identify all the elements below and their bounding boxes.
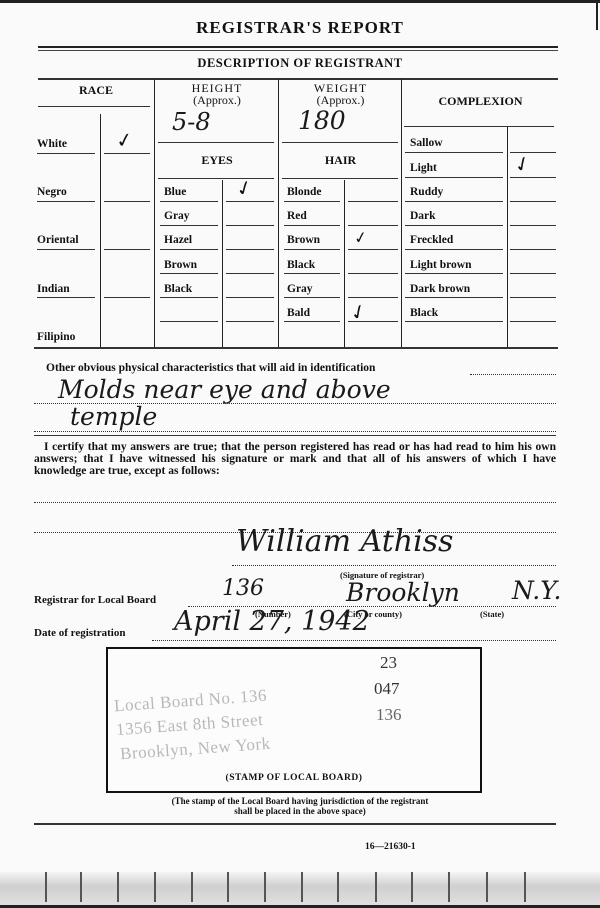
strip-tick (117, 872, 119, 902)
complexion-option-ruddy: Ruddy (410, 186, 443, 198)
eyes-row-rule (160, 201, 218, 202)
certification-text: I certify that my answers are true; that… (34, 441, 556, 477)
hair-option-bald: Bald (287, 307, 310, 319)
complexion-option-light-brown: Light brown (410, 259, 471, 271)
local-board-state: N.Y. (512, 576, 561, 605)
strip-tick (80, 872, 82, 902)
hair-brown-check[interactable]: ✓ (352, 227, 369, 249)
hair-check-rule (348, 201, 398, 202)
complexion-check-rule (510, 249, 556, 250)
stamp-instruction-note: (The stamp of the Local Board having jur… (0, 796, 600, 816)
col-divider-weight (401, 79, 402, 347)
document-subtitle: DESCRIPTION OF REGISTRANT (0, 56, 600, 71)
registration-date-dotted-line (152, 640, 556, 641)
complexion-row-rule (405, 273, 503, 274)
hair-header: HAIR (280, 154, 401, 167)
section-divider (34, 435, 556, 436)
complexion-light-check[interactable]: ✓ (511, 151, 535, 176)
eyes-header-rule (158, 178, 274, 179)
local-board-number: 136 (222, 576, 264, 601)
strip-tick (264, 872, 266, 902)
eyes-row-rule (160, 225, 218, 226)
race-row-rule (37, 249, 95, 250)
eyes-check-rule (226, 249, 274, 250)
local-board-label: Registrar for Local Board (34, 594, 156, 606)
complexion-row-rule (405, 201, 503, 202)
hair-option-gray: Gray (287, 283, 313, 295)
race-check-rule (104, 201, 150, 202)
strip-tick (375, 872, 377, 902)
local-board-city: Brooklyn (346, 578, 460, 607)
table-top-rule (38, 78, 558, 80)
complexion-row-rule (405, 225, 503, 226)
strip-tick (154, 872, 156, 902)
strip-tick (45, 872, 47, 902)
strip-tick (337, 872, 339, 902)
characteristics-line2: temple (70, 402, 157, 431)
scan-bottom-strip (0, 872, 600, 908)
characteristics-dotted-line (34, 431, 556, 432)
race-option-indian: Indian (37, 283, 70, 295)
complexion-row-rule (405, 297, 503, 298)
race-option-oriental: Oriental (37, 234, 79, 246)
hair-row-rule (284, 297, 340, 298)
complexion-option-dark-brown: Dark brown (410, 283, 470, 295)
hair-row-rule (284, 249, 340, 250)
race-row-rule (37, 201, 95, 202)
form-number: 16—21630-1 (365, 842, 416, 852)
eyes-check-rule (226, 297, 274, 298)
title-double-rule (38, 46, 558, 51)
col-divider-height (278, 79, 279, 347)
hair-check-rule (348, 321, 398, 322)
height-approx: (Approx.) (156, 94, 278, 107)
race-white-check[interactable]: ✓ (114, 129, 134, 152)
eyes-check-rule (226, 321, 274, 322)
race-option-filipino: Filipino (37, 331, 75, 343)
complexion-check-rule (510, 201, 556, 202)
col-divider-race (154, 79, 155, 347)
complexion-option-black: Black (410, 307, 438, 319)
footer-rule (34, 823, 556, 825)
race-option-negro: Negro (37, 186, 67, 198)
complexion-check-rule (510, 321, 556, 322)
scan-top-edge (0, 0, 600, 3)
col-divider-complexion-check (507, 127, 508, 347)
strip-tick (191, 872, 193, 902)
registration-date-label: Date of registration (34, 627, 125, 639)
eyes-check-rule (226, 273, 274, 274)
strip-tick (486, 872, 488, 902)
hair-row-rule (284, 321, 340, 322)
complexion-option-sallow: Sallow (410, 137, 443, 149)
hair-check-rule (348, 225, 398, 226)
complexion-check-rule (510, 297, 556, 298)
hair-row-rule (284, 225, 340, 226)
characteristics-label: Other obvious physical characteristics t… (46, 362, 375, 374)
eyes-option-black: Black (164, 283, 192, 295)
race-row-rule (37, 297, 95, 298)
note-line-2: shall be placed in the above space) (0, 806, 600, 816)
hair-row-rule (284, 201, 340, 202)
complexion-row-rule (405, 321, 503, 322)
strip-tick (411, 872, 413, 902)
eyes-option-brown: Brown (164, 259, 197, 271)
height-value-rule (158, 142, 274, 143)
eyes-check-rule (226, 225, 274, 226)
eyes-row-rule (160, 321, 218, 322)
race-header-rule (38, 106, 150, 107)
strip-tick (227, 872, 229, 902)
local-board-stamp-box: Local Board No. 136 1356 East 8th Street… (106, 647, 482, 793)
hair-option-blonde: Blonde (287, 186, 322, 198)
complexion-row-rule (405, 152, 503, 153)
race-option-white: White (37, 138, 67, 150)
characteristics-line1: Molds near eye and above (58, 375, 391, 404)
race-check-rule (104, 297, 150, 298)
stamp-caption: (STAMP OF LOCAL BOARD) (108, 773, 480, 783)
complexion-option-freckled: Freckled (410, 234, 453, 246)
complexion-check-rule (510, 273, 556, 274)
complexion-row-rule (405, 249, 503, 250)
eyes-option-gray: Gray (164, 210, 190, 222)
race-check-rule (104, 249, 150, 250)
race-check-rule (104, 153, 150, 154)
eyes-check-rule (226, 201, 274, 202)
eyes-row-rule (160, 297, 218, 298)
col-divider-race-check (100, 114, 101, 347)
hair-check-rule (348, 297, 398, 298)
complexion-header-rule (404, 126, 554, 127)
strip-tick (301, 872, 303, 902)
eyes-option-hazel: Hazel (164, 234, 192, 246)
complexion-option-light: Light (410, 162, 437, 174)
strip-tick (524, 872, 526, 902)
state-caption: (State) (480, 609, 504, 619)
col-divider-hair-check (344, 180, 345, 347)
col-divider-eyes-check (222, 180, 223, 347)
characteristics-leader-dots (470, 374, 556, 375)
signature-dotted-line (232, 565, 556, 566)
registration-date-value: April 27, 1942 (174, 606, 370, 637)
complexion-header: COMPLEXION (403, 95, 558, 108)
stamp-number-2: 047 (374, 679, 400, 699)
race-header: RACE (38, 84, 154, 97)
hair-option-brown: Brown (287, 234, 320, 246)
hair-row-rule (284, 273, 340, 274)
hair-check-rule (348, 273, 398, 274)
eyes-row-rule (160, 249, 218, 250)
hair-option-black: Black (287, 259, 315, 271)
weight-value-rule (282, 142, 398, 143)
complexion-row-rule (405, 177, 503, 178)
document-title: REGISTRAR'S REPORT (0, 18, 600, 38)
complexion-check-rule (510, 225, 556, 226)
height-value: 5-8 (172, 108, 211, 136)
table-bottom-rule (34, 347, 558, 349)
exceptions-dotted-line (34, 502, 556, 503)
strip-tick (448, 872, 450, 902)
note-line-1: (The stamp of the Local Board having jur… (0, 796, 600, 806)
race-row-rule (37, 153, 95, 154)
registrar-report-page: REGISTRAR'S REPORT DESCRIPTION OF REGIST… (0, 0, 600, 908)
weight-value: 180 (298, 106, 346, 135)
complexion-check-rule (510, 177, 556, 178)
hair-header-rule (282, 178, 398, 179)
eyes-row-rule (160, 273, 218, 274)
complexion-option-dark: Dark (410, 210, 436, 222)
eyes-header: EYES (156, 154, 278, 167)
eyes-blue-check[interactable]: ✓ (233, 176, 256, 201)
hair-check-rule (348, 249, 398, 250)
stamp-number-3: 136 (376, 705, 402, 725)
stamp-number-1: 23 (380, 653, 397, 673)
hair-option-red: Red (287, 210, 307, 222)
registrar-signature: William Athiss (236, 524, 453, 559)
eyes-option-blue: Blue (164, 186, 186, 198)
